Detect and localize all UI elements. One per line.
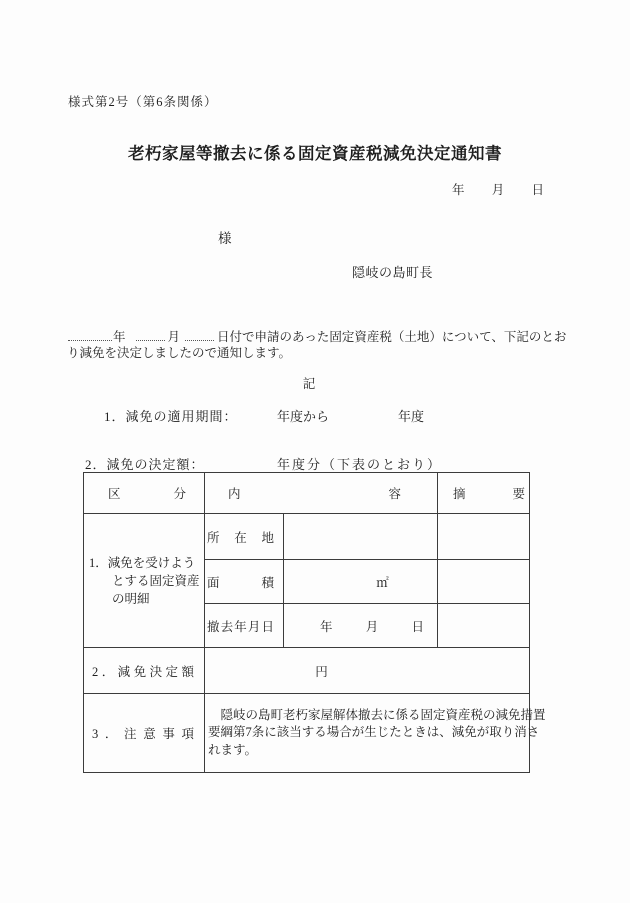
- application-day-blank: [185, 328, 214, 341]
- removal-month-label: 月: [366, 617, 379, 635]
- category-detail-line3: の明細: [84, 590, 204, 608]
- header-category: 区分: [84, 473, 205, 514]
- decision-table: 区分 内容 摘要 1．減免を受けよう とする固定資産 の明細 所在地: [83, 472, 530, 773]
- removal-day-label: 日: [412, 617, 425, 635]
- issue-date-day-label: 日: [531, 180, 544, 198]
- notes-line3: れます。: [205, 742, 529, 760]
- location-remarks-cell: [438, 514, 530, 560]
- application-month-label: 月: [168, 330, 181, 344]
- area-value-cell: ㎡: [284, 560, 438, 604]
- body-text-line-1-tail: 日付で申請のあった固定資産税（土地）について、下記のとお: [217, 330, 566, 344]
- header-content: 内容: [205, 473, 438, 514]
- area-remarks-cell: [438, 560, 530, 604]
- category-detail-cell: 1．減免を受けよう とする固定資産 の明細: [84, 514, 205, 648]
- removal-remarks-cell: [438, 604, 530, 648]
- item2-value: 年度分（下表のとおり）: [277, 454, 442, 473]
- sender-name: 隠岐の島町長: [352, 262, 433, 281]
- issue-date-month-label: 月: [492, 180, 505, 198]
- category-detail-line2: とする固定資産: [84, 572, 204, 590]
- yen-unit-label: 円: [205, 662, 438, 680]
- amount-value-cell: 円: [205, 648, 530, 694]
- removal-date-value-cell: 年 月 日: [284, 604, 438, 648]
- application-month-blank: [136, 328, 165, 341]
- header-remarks: 摘要: [438, 473, 530, 514]
- location-value-cell: [284, 514, 438, 560]
- removal-year-label: 年: [320, 617, 333, 635]
- body-text-line-2: り減免を決定しましたので通知します。: [67, 343, 291, 361]
- application-year-blank: [68, 328, 112, 341]
- notes-line2: 要綱第7条に該当する場合が生じたときは、減免が取り消さ: [205, 724, 529, 742]
- location-label-cell: 所在地: [205, 514, 284, 560]
- item1-label: 1．減免の適用期間：: [104, 409, 238, 424]
- addressee-honorific: 様: [218, 227, 232, 247]
- record-mark: 記: [68, 374, 550, 392]
- document-page: 様式第2号（第6条関係） 老朽家屋等撤去に係る固定資産税減免決定通知書 年 月 …: [0, 0, 630, 903]
- category-notes-cell: 3．注意事項: [84, 694, 205, 773]
- item1-value-from: 年度から: [277, 406, 329, 425]
- application-year-label: 年: [113, 330, 126, 344]
- document-title: 老朽家屋等撤去に係る固定資産税減免決定通知書: [0, 140, 630, 164]
- item2-label: 2．減免の決定額：: [85, 457, 205, 472]
- form-number: 様式第2号（第6条関係）: [68, 92, 218, 110]
- area-unit-label: ㎡: [376, 573, 389, 591]
- notes-text-cell: 隠岐の島町老朽家屋解体撤去に係る固定資産税の減免措置 要綱第7条に該当する場合が…: [205, 694, 530, 773]
- category-amount-cell: 2．減免決定額: [84, 648, 205, 694]
- issue-date-line: 年 月 日: [452, 180, 544, 198]
- notes-line1: 隠岐の島町老朽家屋解体撤去に係る固定資産税の減免措置: [205, 707, 529, 725]
- issue-date-year-label: 年: [452, 180, 465, 198]
- removal-date-label-cell: 撤去年月日: [205, 604, 284, 648]
- category-detail-line1: 1．減免を受けよう: [84, 554, 204, 572]
- area-label-cell: 面積: [205, 560, 284, 604]
- item1-value-to: 年度: [398, 406, 424, 425]
